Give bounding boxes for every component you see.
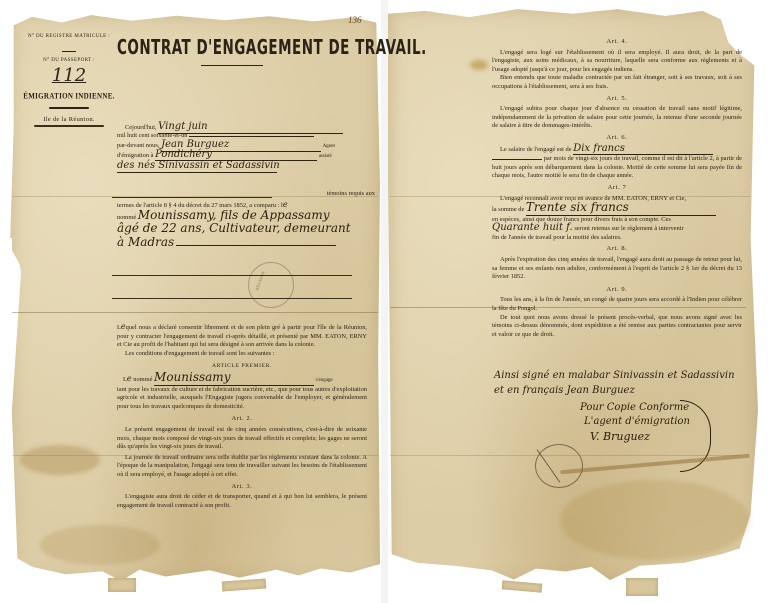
salaire-field-2 xyxy=(492,159,542,160)
pardevant-label: par-devant nous, xyxy=(117,142,159,149)
article-2-p1: Le présent engagement de travail est de … xyxy=(117,426,367,452)
registry-margin: N° du registre matricule : N° du passepo… xyxy=(20,34,118,127)
article-1-name-handwritten: Mounissamy xyxy=(154,370,230,384)
blank-rule xyxy=(112,197,272,198)
nomme-label: nommé xyxy=(117,214,136,221)
somme-label: la somme de xyxy=(492,206,524,213)
right-page-text: Art. 4. L'engagé sera logé sur l'établis… xyxy=(492,36,742,339)
salaire-handwritten: Dix francs xyxy=(573,143,625,154)
article-7-heading: Art. 7 xyxy=(492,184,742,193)
torn-paper-tab xyxy=(502,580,543,592)
registre-label: N° du registre matricule : xyxy=(20,34,118,39)
article-5-heading: Art. 5. xyxy=(492,95,742,104)
conditions-text: Les conditions d'engagement de travail s… xyxy=(117,350,367,359)
year-print: mil huit cent soixante-et-un xyxy=(117,132,187,139)
signature-line-5: V. Bruguez xyxy=(590,430,650,443)
passport-number: 112 xyxy=(20,65,118,86)
place-handwritten: Pondichéry xyxy=(155,149,212,160)
ornament-divider xyxy=(49,107,89,109)
article-9-heading: Art. 9. xyxy=(492,286,742,295)
agent-label: Agent xyxy=(323,144,335,149)
signature-line-4: L'agent d'émigration xyxy=(584,416,690,427)
article-9-p1: Tous les ans, à la fin de l'année, un co… xyxy=(492,296,742,313)
intro-block: Cejourd'hui, Vingt juin mil huit cent so… xyxy=(117,123,367,173)
article-3-text: L'engagiste aura droit de céder et de tr… xyxy=(117,493,367,510)
cejourdhui-label: Cejourd'hui, xyxy=(117,124,157,131)
temoins-line: témoins requis aux xyxy=(290,190,375,199)
total-handwritten: Quarante huit f. xyxy=(492,222,573,233)
somme-handwritten: Trente six francs xyxy=(526,200,629,214)
article-9-p2: De tout quoi nous avons dressé le présen… xyxy=(492,314,742,340)
article-1-prefix: L xyxy=(117,376,127,383)
article-1-le-handwritten: e xyxy=(127,374,132,383)
article-4-p2: Bien entendu que toute maladie contracté… xyxy=(492,74,742,91)
torn-notch xyxy=(0,238,12,266)
witnesses-handwritten: des nés Sinivassin et Sadassivin xyxy=(117,160,280,171)
article-2-heading: Art. 2. xyxy=(117,415,367,424)
torn-paper-tab xyxy=(222,578,267,591)
title-rule xyxy=(201,65,263,66)
fold-line xyxy=(12,312,378,313)
comparu-block: termes de l'article 8 § 4 du décret du 2… xyxy=(117,201,379,249)
article-4-p1: L'engagé sera logé sur l'établissement o… xyxy=(492,49,742,75)
article-7-line4: seront retenus sur le règlement à interv… xyxy=(574,225,683,232)
water-stain xyxy=(40,525,160,565)
somme-field: Trente six francs xyxy=(526,203,716,216)
article-1-text: tant pour les travaux de culture et de f… xyxy=(117,386,367,412)
signature-line-3: Pour Copie Conforme xyxy=(580,402,689,413)
binding-gutter xyxy=(381,0,388,603)
witnesses-field: des nés Sinivassin et Sadassivin xyxy=(117,162,277,173)
article-8-text: Après l'expiration des cinq années de tr… xyxy=(492,256,742,282)
emigration-label: d'émigration à xyxy=(117,152,153,159)
torn-paper-tab xyxy=(626,578,658,596)
person-handwritten-2: âgé de 22 ans, Cultivateur, demeurant xyxy=(117,221,351,235)
salaire-label: Le salaire de l'engagé est de xyxy=(500,146,572,153)
article-1-name-field: Mounissamy xyxy=(154,373,314,386)
person-handwritten-3: à Madras xyxy=(117,235,174,249)
year-field xyxy=(189,136,314,137)
temoins-text: témoins requis aux xyxy=(327,190,375,197)
article-1-nomme: nommé xyxy=(133,376,152,383)
consent-text: quel nous a déclaré consentir librement … xyxy=(117,324,367,348)
residence-field xyxy=(176,245,336,246)
article-8-heading: Art. 8. xyxy=(492,245,742,254)
passeport-label: N° du passeport : xyxy=(20,58,118,63)
water-stain xyxy=(470,60,488,70)
page-number: 136 xyxy=(348,15,362,25)
person-handwritten-1: Mounissamy, fils de Appassamy xyxy=(138,208,330,222)
article-2-p2: La journée de travail ordinaire sera cel… xyxy=(117,454,367,480)
article-6-heading: Art. 6. xyxy=(492,134,742,143)
signature-line-2: et en français Jean Burguez xyxy=(494,385,635,396)
article-7-line5: fin de l'année de travail pour la moitié… xyxy=(492,234,742,243)
article-5-text: L'engagé subira pour chaque jour d'absen… xyxy=(492,105,742,131)
signature-line-1: Ainsi signé en malabar Sinivassin et Sad… xyxy=(494,370,735,381)
blank-rule xyxy=(112,298,352,299)
article-4-heading: Art. 4. xyxy=(492,38,742,47)
ornament-divider xyxy=(34,125,104,127)
ile-reunion-label: Ile de la Réunion. xyxy=(20,116,118,123)
water-stain xyxy=(560,480,750,560)
blank-rule xyxy=(112,275,352,276)
emigration-heading: Émigration indienne. xyxy=(20,91,118,101)
contract-title: CONTRAT D'ENGAGEMENT DE TRAVAIL. xyxy=(117,35,357,59)
torn-paper-tab xyxy=(108,578,136,592)
article-3-heading: Art. 3. xyxy=(117,483,367,492)
water-stain xyxy=(20,445,100,475)
divider xyxy=(62,51,76,52)
article-1-engage: s'engage xyxy=(316,378,333,383)
date-handwritten: Vingt juin xyxy=(158,121,207,132)
consent-paragraph: Lequel nous a déclaré consentir libremen… xyxy=(117,323,367,510)
assiste-label: assisté xyxy=(319,154,332,159)
salaire-field: Dix francs xyxy=(573,145,713,156)
